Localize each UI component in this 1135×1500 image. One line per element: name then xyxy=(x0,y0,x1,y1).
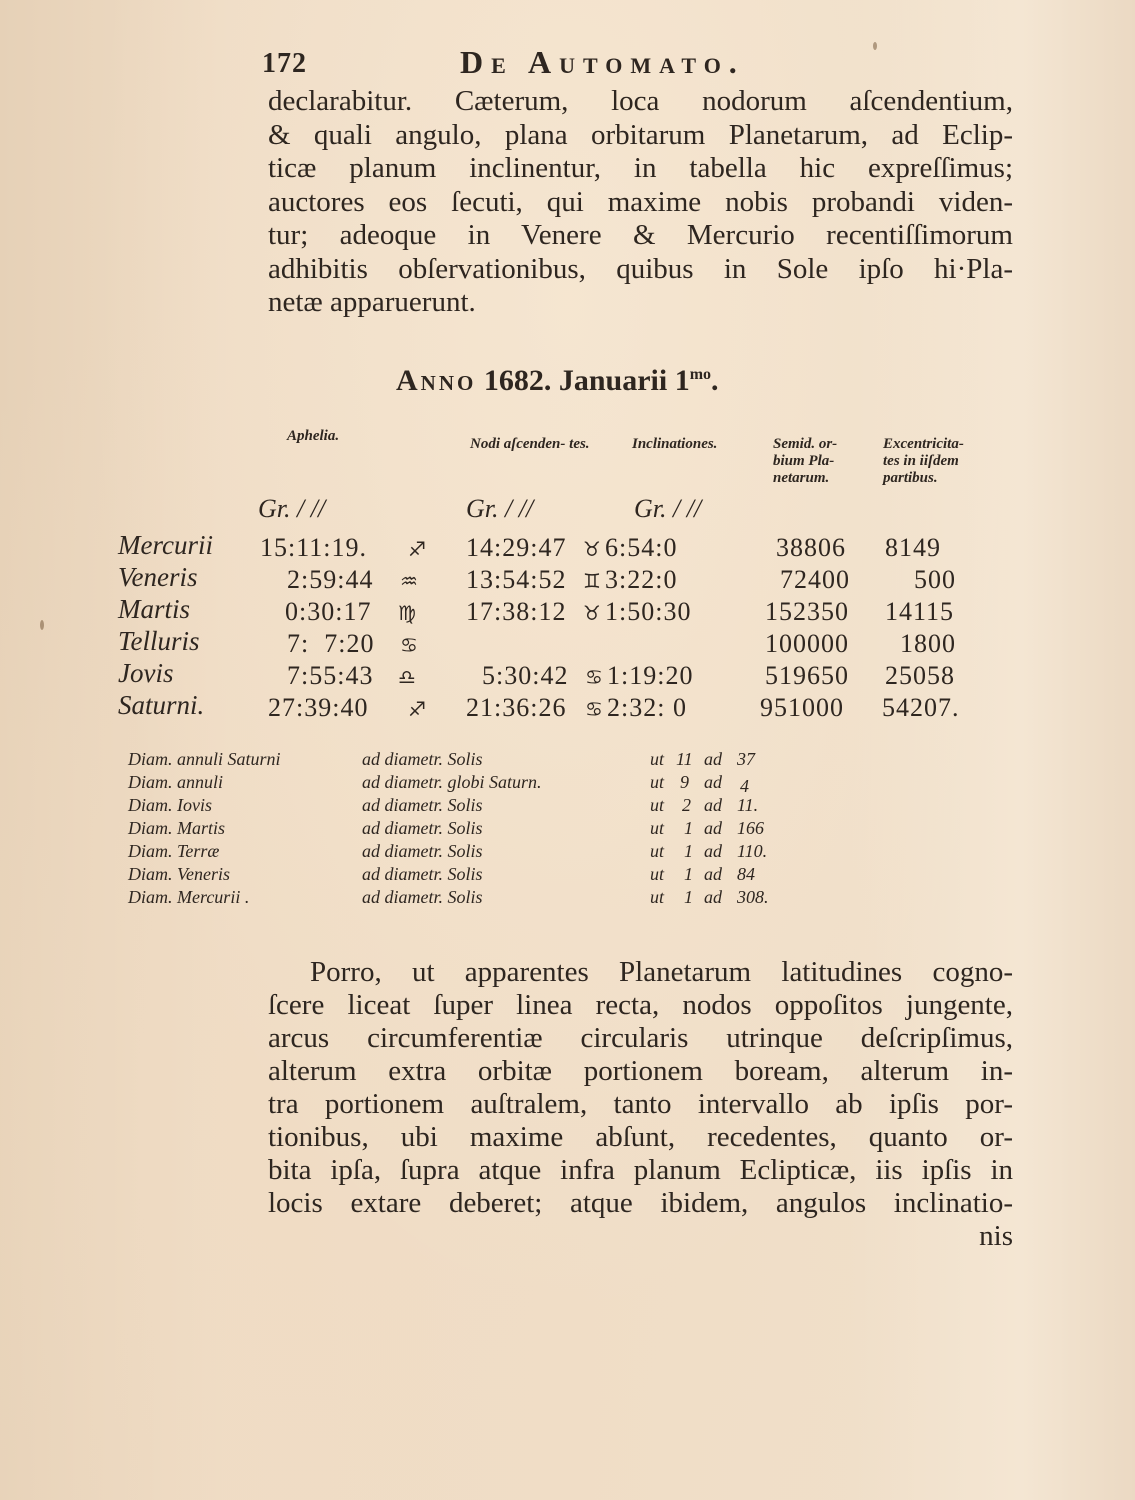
diameter-relation: ad diametr. Solis xyxy=(362,863,483,886)
inclination-value: 6:54:0 xyxy=(605,533,677,563)
node-value: 17:38:12 xyxy=(466,597,566,627)
ratio-a: 1 xyxy=(684,840,693,863)
ratio-a: 1 xyxy=(684,817,693,840)
ratio-ad: ad xyxy=(704,748,722,771)
aphelion-value: 2:59:44 xyxy=(287,565,373,595)
diameter-subject: Diam. Iovis xyxy=(128,794,212,817)
eccentricity-value: 8149 xyxy=(885,533,941,563)
eccentricity-value: 500 xyxy=(914,565,956,595)
text-line: alterum extra orbitæ portionem boream, a… xyxy=(268,1055,1013,1088)
diameter-subject: Diam. Martis xyxy=(128,817,225,840)
text-line: & quali angulo, plana orbitarum Planetar… xyxy=(268,119,1013,153)
diameter-relation: ad diametr. Solis xyxy=(362,886,483,909)
text-line: tur; adeoque in Venere & Mercurio recent… xyxy=(268,219,1013,253)
aquarius-sign-icon: ♒ xyxy=(400,569,418,593)
diameter-relation: ad diametr. Solis xyxy=(362,794,483,817)
ratio-a: 1 xyxy=(684,863,693,886)
col-header-excentricitates: Excentricita- tes in iiſdem partibus. xyxy=(883,436,983,487)
cancer-sign-icon: ♋ xyxy=(400,633,418,657)
ratio-b: 308. xyxy=(737,886,769,909)
libra-sign-icon: ♎ xyxy=(398,665,416,689)
planet-name: Telluris xyxy=(118,626,200,657)
col-header-aphelia: Aphelia. xyxy=(287,428,397,445)
ratio-b: 37 xyxy=(737,748,755,771)
inclination-value: 1:50:30 xyxy=(605,597,691,627)
diameter-relation: ad diametr. Solis xyxy=(362,840,483,863)
inclination-value: 2:32: 0 xyxy=(607,693,687,723)
aphelion-value: 15:11:19. xyxy=(260,533,367,563)
ratio-ut: ut xyxy=(650,863,664,886)
text-line: locis extare deberet; atque ibidem, angu… xyxy=(268,1187,1013,1220)
semidiameter-value: 100000 xyxy=(765,629,849,659)
aphelion-value: 7: 7:20 xyxy=(287,629,374,659)
diameter-subject: Diam. Mercurii . xyxy=(128,886,249,909)
ratio-b: 84 xyxy=(737,863,755,886)
ratio-ad: ad xyxy=(704,771,722,794)
cancer-sign-icon: ♋ xyxy=(585,697,603,721)
catchword: nis xyxy=(268,1220,1013,1253)
diameter-subject: Diam. Terræ xyxy=(128,840,219,863)
planet-name: Mercurii xyxy=(118,530,213,561)
ratio-ad: ad xyxy=(704,840,722,863)
ratio-ad: ad xyxy=(704,817,722,840)
cancer-sign-icon: ♋ xyxy=(585,665,603,689)
aphelion-value: 27:39:40 xyxy=(268,693,368,723)
paragraph-latitudes: Porro, ut apparentes Planetarum latitudi… xyxy=(268,956,1013,1253)
table-title: Anno 1682. Januarii 1mo. xyxy=(396,364,719,398)
text-line: arcus circumferentiæ circularis utrinque… xyxy=(268,1022,1013,1055)
ratio-a: 2 xyxy=(682,794,691,817)
paragraph-intro: declarabitur. Cæterum, loca nodorum aſce… xyxy=(268,85,1013,320)
semidiameter-value: 519650 xyxy=(765,661,849,691)
text-line: Porro, ut apparentes Planetarum latitudi… xyxy=(268,956,1013,989)
ratio-ad: ad xyxy=(704,794,722,817)
unit-header-inclination: Gr. / // xyxy=(634,494,701,524)
ratio-a: 1 xyxy=(684,886,693,909)
taurus-sign-icon: ♉ xyxy=(583,601,601,625)
ratio-b: 166 xyxy=(737,817,764,840)
node-value: 14:29:47 xyxy=(466,533,566,563)
semidiameter-value: 152350 xyxy=(765,597,849,627)
eccentricity-value: 14115 xyxy=(885,597,954,627)
ratio-ut: ut xyxy=(650,886,664,909)
ratio-ad: ad xyxy=(704,863,722,886)
text-line: declarabitur. Cæterum, loca nodorum aſce… xyxy=(268,85,1013,119)
col-header-nodi: Nodi aſcenden- tes. xyxy=(470,436,590,453)
aphelion-value: 7:55:43 xyxy=(287,661,373,691)
text-line: ticæ planum inclinentur, in tabella hic … xyxy=(268,152,1013,186)
ratio-a: 9 xyxy=(680,771,689,794)
semidiameter-value: 72400 xyxy=(780,565,850,595)
planet-name: Saturni. xyxy=(118,690,204,721)
semidiameter-value: 38806 xyxy=(776,533,846,563)
node-value: 13:54:52 xyxy=(466,565,566,595)
diameter-relation: ad diametr. globi Saturn. xyxy=(362,771,542,794)
node-value: 21:36:26 xyxy=(466,693,566,723)
ratio-ut: ut xyxy=(650,794,664,817)
ratio-ut: ut xyxy=(650,817,664,840)
planet-name: Veneris xyxy=(118,562,197,593)
diameter-relation: ad diametr. Solis xyxy=(362,748,483,771)
sagittarius-sign-icon: ♐ xyxy=(408,697,426,721)
diameter-subject: Diam. Veneris xyxy=(128,863,230,886)
text-line: adhibitis obſervationibus, quibus in Sol… xyxy=(268,253,1013,287)
inclination-value: 1:19:20 xyxy=(607,661,693,691)
ratio-ut: ut xyxy=(650,840,664,863)
ratio-ut: ut xyxy=(650,748,664,771)
eccentricity-value: 25058 xyxy=(885,661,955,691)
running-title: De Automato. xyxy=(460,44,745,81)
ratio-ad: ad xyxy=(704,886,722,909)
col-header-semidiameter: Semid. or- bium Pla- netarum. xyxy=(773,436,868,487)
text-line: netæ apparuerunt. xyxy=(268,286,1013,320)
book-page: 172 De Automato. declarabitur. Cæterum, … xyxy=(0,0,1135,1500)
ratio-b: 11. xyxy=(737,794,758,817)
page-number: 172 xyxy=(262,48,307,80)
col-header-inclinationes: Inclinationes. xyxy=(632,436,762,453)
planet-name: Martis xyxy=(118,594,190,625)
taurus-sign-icon: ♉ xyxy=(583,537,601,561)
diameter-relation: ad diametr. Solis xyxy=(362,817,483,840)
text-line: tra portionem auſtralem, tanto intervall… xyxy=(268,1088,1013,1121)
unit-header-nodi: Gr. / // xyxy=(466,494,533,524)
sagittarius-sign-icon: ♐ xyxy=(408,537,426,561)
running-head: 172 De Automato. xyxy=(262,44,1022,84)
unit-header-aphelia: Gr. / // xyxy=(258,494,325,524)
paper-speck xyxy=(40,620,44,630)
eccentricity-value: 54207. xyxy=(882,693,960,723)
ratio-a: 11 xyxy=(676,748,693,771)
node-value: 5:30:42 xyxy=(482,661,568,691)
inclination-value: 3:22:0 xyxy=(605,565,677,595)
semidiameter-value: 951000 xyxy=(760,693,844,723)
text-line: bita ipſa, ſupra atque infra planum Ecli… xyxy=(268,1154,1013,1187)
eccentricity-value: 1800 xyxy=(900,629,956,659)
gemini-sign-icon: ♊ xyxy=(583,569,601,593)
planet-name: Jovis xyxy=(118,658,173,689)
text-line: tionibus, ubi maxime abſunt, recedentes,… xyxy=(268,1121,1013,1154)
diameter-subject: Diam. annuli Saturni xyxy=(128,748,281,771)
virgo-sign-icon: ♍ xyxy=(398,601,416,625)
aphelion-value: 0:30:17 xyxy=(285,597,371,627)
ratio-ut: ut xyxy=(650,771,664,794)
diameter-subject: Diam. annuli xyxy=(128,771,223,794)
text-line: auctores eos ſecuti, qui maxime nobis pr… xyxy=(268,186,1013,220)
ratio-b: 110. xyxy=(737,840,767,863)
text-line: ſcere liceat ſuper linea recta, nodos op… xyxy=(268,989,1013,1022)
